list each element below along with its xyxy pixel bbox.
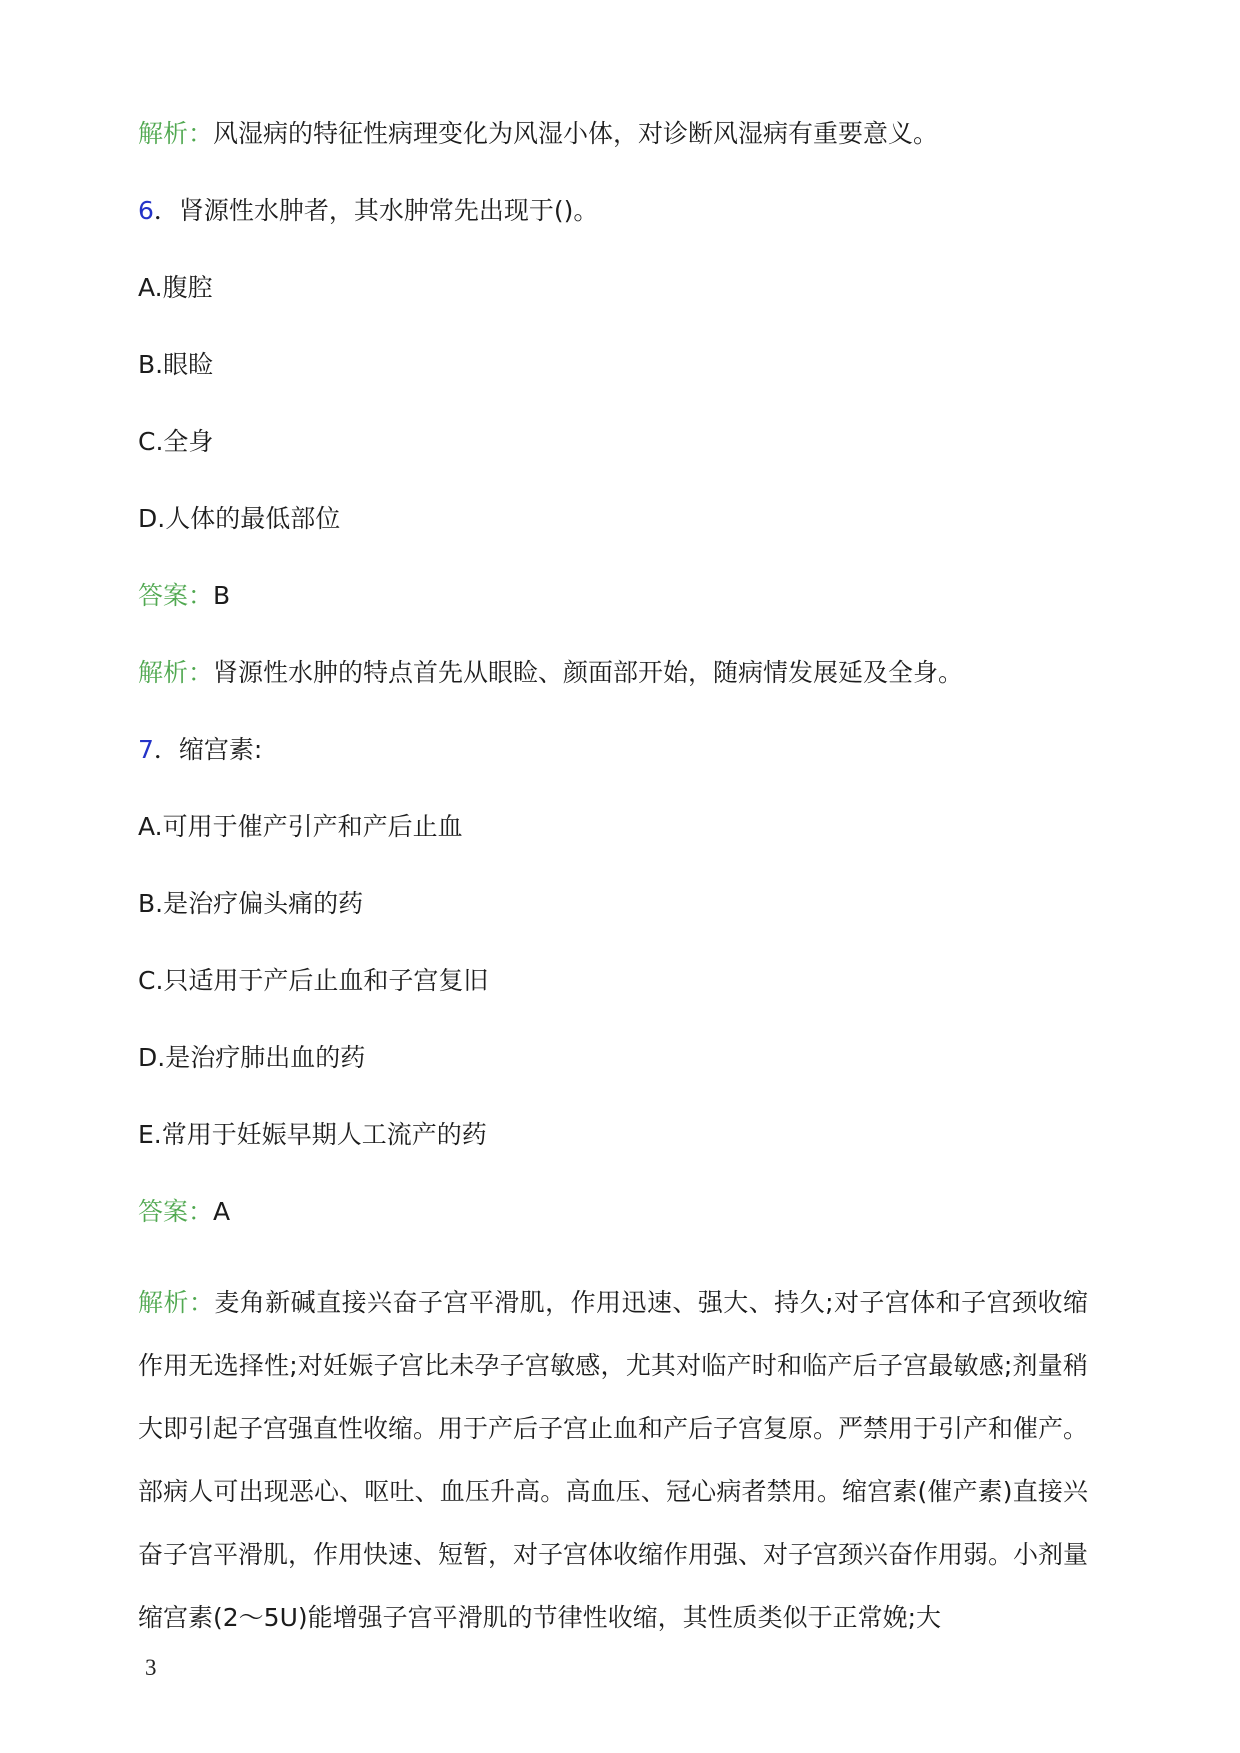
question-number: 6 xyxy=(138,196,154,225)
analysis-line: 解析：肾源性水肿的特点首先从眼睑、颜面部开始，随病情发展延及全身。 xyxy=(138,655,1088,691)
analysis-label: 解析： xyxy=(138,658,213,687)
option-c: C.全身 xyxy=(138,424,1088,460)
question-stem: 7．缩宫素: xyxy=(138,732,1088,768)
option-d: D.人体的最低部位 xyxy=(138,501,1088,537)
question-number-separator: ． xyxy=(154,196,179,225)
question-stem-text: 缩宫素: xyxy=(179,735,262,764)
option-a: A.腹腔 xyxy=(138,270,1088,306)
option-a: A.可用于催产引产和产后止血 xyxy=(138,809,1088,845)
answer-label: 答案： xyxy=(138,581,213,610)
answer-value: B xyxy=(213,581,230,610)
analysis-label: 解析： xyxy=(138,1288,214,1317)
option-b: B.是治疗偏头痛的药 xyxy=(138,886,1088,922)
answer-value: A xyxy=(213,1197,230,1226)
page-number: 3 xyxy=(145,1655,157,1681)
option-c: C.只适用于产后止血和子宫复旧 xyxy=(138,963,1088,999)
option-b: B.眼睑 xyxy=(138,347,1088,383)
answer-line: 答案：A xyxy=(138,1194,1088,1230)
option-d: D.是治疗肺出血的药 xyxy=(138,1040,1088,1076)
document-page: 解析：风湿病的特征性病理变化为风湿小体，对诊断风湿病有重要意义。 6．肾源性水肿… xyxy=(0,0,1240,1753)
analysis-text: 风湿病的特征性病理变化为风湿小体，对诊断风湿病有重要意义。 xyxy=(213,119,938,148)
question-number-separator: ． xyxy=(154,735,179,764)
analysis-label: 解析： xyxy=(138,119,213,148)
question-number: 7 xyxy=(138,735,154,764)
analysis-text: 麦角新碱直接兴奋子宫平滑肌，作用迅速、强大、持久;对子宫体和子宫颈收缩作用无选择… xyxy=(138,1288,1088,1632)
question-stem-text: 肾源性水肿者，其水肿常先出现于()。 xyxy=(179,196,599,225)
analysis-text: 肾源性水肿的特点首先从眼睑、颜面部开始，随病情发展延及全身。 xyxy=(213,658,963,687)
question-7: 7．缩宫素: A.可用于催产引产和产后止血 B.是治疗偏头痛的药 C.只适用于产… xyxy=(138,732,1088,1649)
answer-line: 答案：B xyxy=(138,578,1088,614)
option-e: E.常用于妊娠早期人工流产的药 xyxy=(138,1117,1088,1153)
prev-question-analysis: 解析：风湿病的特征性病理变化为风湿小体，对诊断风湿病有重要意义。 xyxy=(138,116,1088,152)
analysis-paragraph: 解析：麦角新碱直接兴奋子宫平滑肌，作用迅速、强大、持久;对子宫体和子宫颈收缩作用… xyxy=(138,1271,1088,1649)
question-6: 6．肾源性水肿者，其水肿常先出现于()。 A.腹腔 B.眼睑 C.全身 D.人体… xyxy=(138,193,1088,691)
question-stem: 6．肾源性水肿者，其水肿常先出现于()。 xyxy=(138,193,1088,229)
answer-label: 答案： xyxy=(138,1197,213,1226)
